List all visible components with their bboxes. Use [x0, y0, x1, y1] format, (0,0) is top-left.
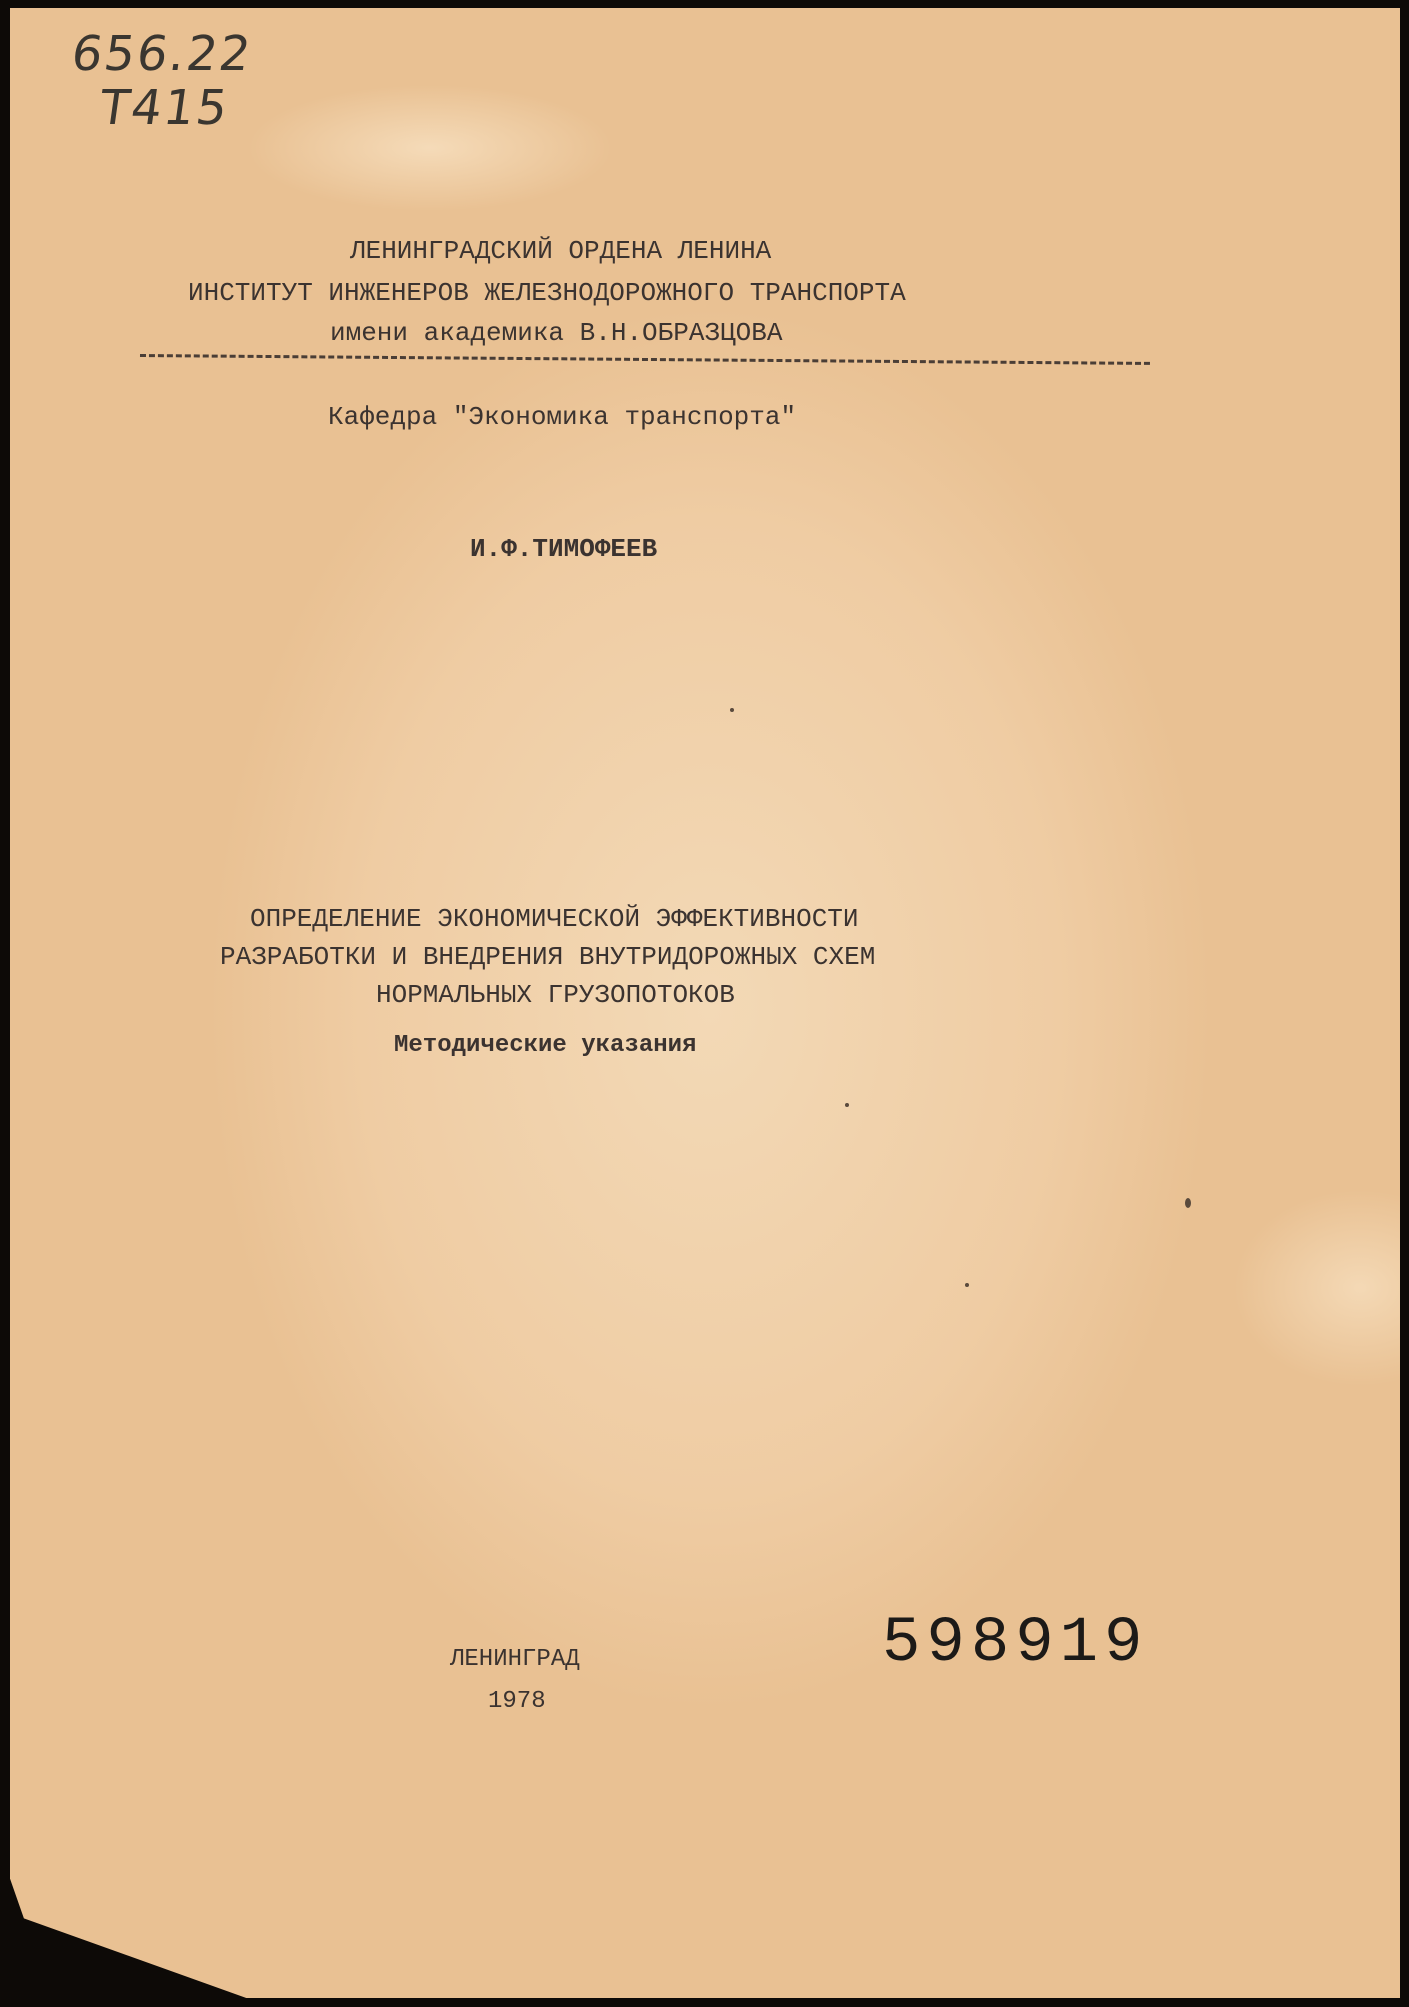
separator-dashed-line	[140, 354, 1150, 365]
inventory-number-stamp: 598919	[882, 1608, 1148, 1680]
title-line-2: РАЗРАБОТКИ И ВНЕДРЕНИЯ ВНУТРИДОРОЖНЫХ СХ…	[220, 942, 875, 972]
ink-spot	[845, 1103, 849, 1107]
city: ЛЕНИНГРАД	[450, 1646, 580, 1673]
author: И.Ф.ТИМОФЕЕВ	[470, 534, 657, 564]
subtitle: Методические указания	[394, 1032, 696, 1059]
department: Кафедра "Экономика транспорта"	[328, 402, 796, 432]
catalog-mark-author-code: Т415	[96, 80, 233, 136]
institution-line-3: имени академика В.Н.ОБРАЗЦОВА	[330, 318, 782, 348]
title-line-1: ОПРЕДЕЛЕНИЕ ЭКОНОМИЧЕСКОЙ ЭФФЕКТИВНОСТИ	[250, 904, 859, 934]
document-page: 656.22 Т415 ЛЕНИНГРАДСКИЙ ОРДЕНА ЛЕНИНА …	[10, 8, 1400, 1998]
catalog-mark-classification: 656.22	[68, 26, 256, 82]
institution-line-2: ИНСТИТУТ ИНЖЕНЕРОВ ЖЕЛЕЗНОДОРОЖНОГО ТРАН…	[188, 278, 906, 308]
year: 1978	[488, 1688, 546, 1715]
ink-spot	[730, 708, 734, 712]
institution-line-1: ЛЕНИНГРАДСКИЙ ОРДЕНА ЛЕНИНА	[350, 236, 771, 266]
ink-spot	[965, 1283, 969, 1287]
ink-spot	[1185, 1198, 1191, 1208]
title-line-3: НОРМАЛЬНЫХ ГРУЗОПОТОКОВ	[376, 980, 735, 1010]
